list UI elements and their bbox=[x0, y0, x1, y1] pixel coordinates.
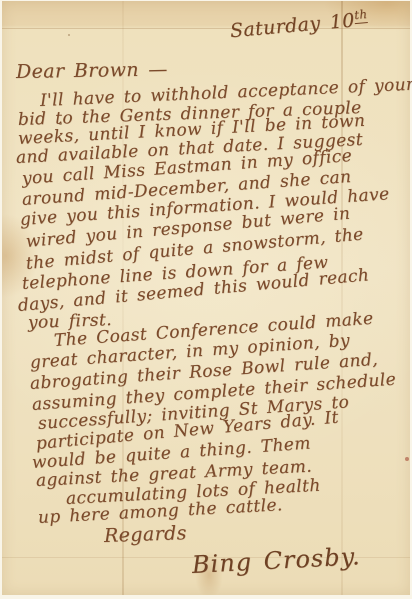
ink-speck bbox=[405, 457, 409, 461]
date-text: Saturday 10 bbox=[229, 9, 356, 42]
date-ordinal-suffix: th bbox=[354, 7, 368, 24]
letter-date: Saturday 10th bbox=[229, 7, 369, 42]
letter-paper: Saturday 10th Dear Brown — I'll have to … bbox=[2, 1, 410, 595]
salutation-line: Dear Brown — bbox=[16, 58, 168, 83]
closing-line: Regards bbox=[104, 522, 188, 547]
signature: Bing Crosby. bbox=[191, 542, 361, 579]
letter-scan: Saturday 10th Dear Brown — I'll have to … bbox=[0, 0, 412, 599]
ink-speck bbox=[68, 34, 70, 36]
